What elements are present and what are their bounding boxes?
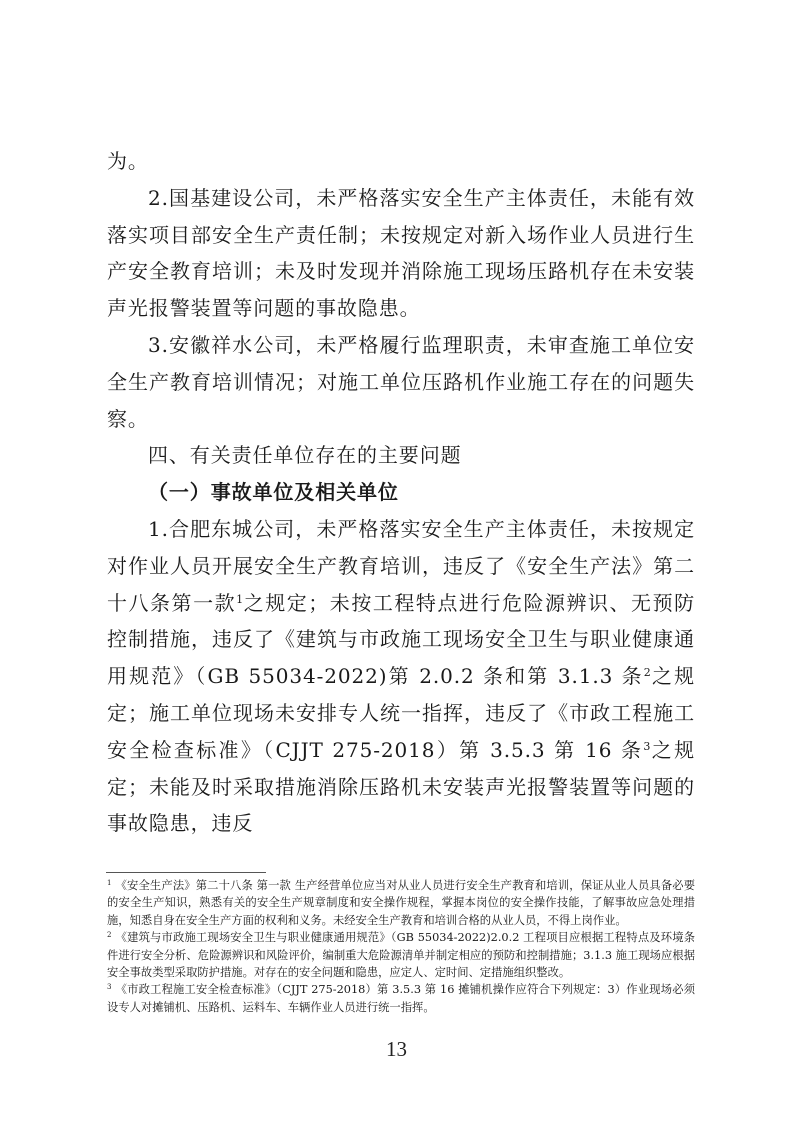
footnote-text: 《安全生产法》第二十八条 第一款 生产经营单位应当对从业人员进行安全生产教育和培… bbox=[107, 879, 695, 927]
footnote-separator bbox=[106, 872, 266, 873]
footnote-mark: 1 bbox=[107, 879, 111, 887]
footnote-text: 《建筑与市政施工现场安全卫生与职业健康通用规范》（GB 55034-2022)2… bbox=[107, 931, 695, 979]
subsection-heading-1: （一）事故单位及相关单位 bbox=[107, 474, 695, 511]
section-heading-4: 四、有关责任单位存在的主要问题 bbox=[107, 437, 695, 474]
paragraph-continuation: 为。 bbox=[107, 143, 695, 180]
paragraph-anhui-xiangshui-company: 3.安徽祥水公司，未严格履行监理职责，未审查施工单位安全生产教育培训情况；对施工… bbox=[107, 327, 695, 437]
paragraph-guoji-company: 2.国基建设公司，未严格落实安全生产主体责任，未能有效落实项目部安全生产责任制；… bbox=[107, 180, 695, 327]
document-page: 为。 2.国基建设公司，未严格落实安全生产主体责任，未能有效落实项目部安全生产责… bbox=[0, 0, 793, 1122]
footnote-ref-2[interactable]: 2 bbox=[644, 666, 651, 679]
footnotes: 1《安全生产法》第二十八条 第一款 生产经营单位应当对从业人员进行安全生产教育和… bbox=[107, 877, 695, 1016]
footnote-2: 2《建筑与市政施工现场安全卫生与职业健康通用规范》（GB 55034-2022)… bbox=[107, 929, 695, 981]
footnote-3: 3《市政工程施工安全检查标准》（CJJT 275-2018）第 3.5.3 第 … bbox=[107, 981, 695, 1016]
footnote-text: 《市政工程施工安全检查标准》（CJJT 275-2018）第 3.5.3 第 1… bbox=[107, 983, 695, 1013]
body-text: 为。 2.国基建设公司，未严格落实安全生产主体责任，未能有效落实项目部安全生产责… bbox=[107, 143, 695, 842]
footnote-mark: 2 bbox=[107, 931, 111, 939]
footnote-1: 1《安全生产法》第二十八条 第一款 生产经营单位应当对从业人员进行安全生产教育和… bbox=[107, 877, 695, 929]
footnote-mark: 3 bbox=[107, 983, 111, 991]
paragraph-hefei-dongcheng-company: 1.合肥东城公司，未严格落实安全生产主体责任，未按规定对作业人员开展安全生产教育… bbox=[107, 511, 695, 842]
page-number: 13 bbox=[0, 1037, 793, 1062]
